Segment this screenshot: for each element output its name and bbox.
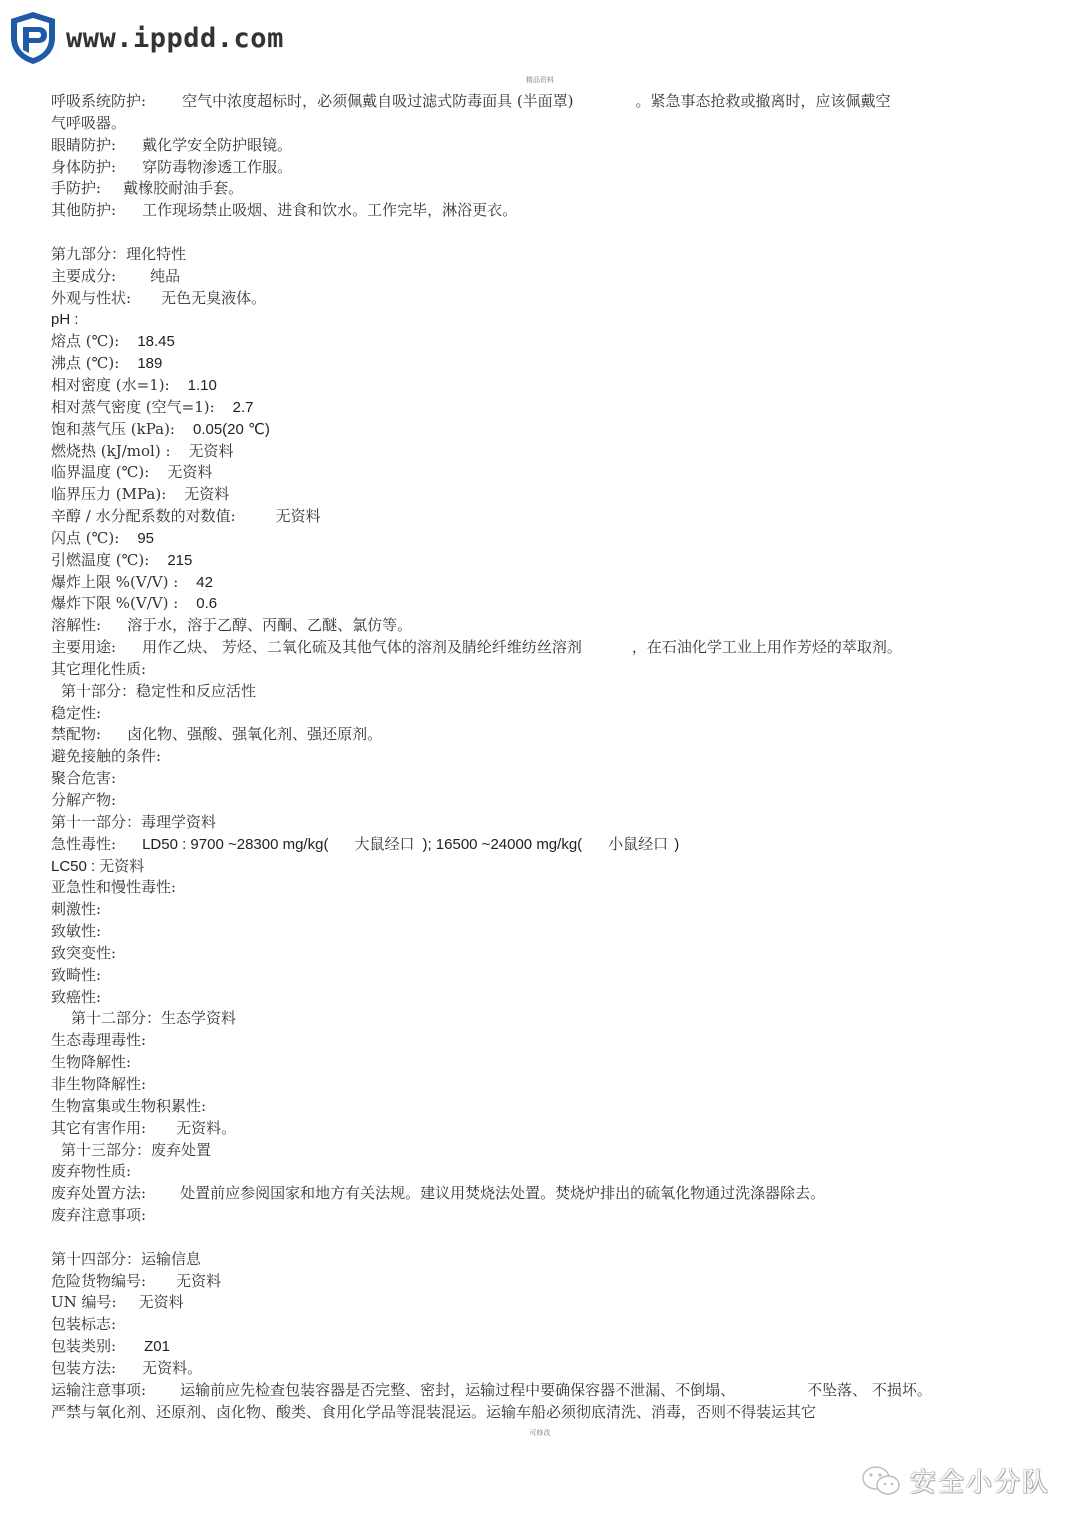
transport-row: 包装类别:Z01 [51, 1336, 1041, 1358]
property-row: 闪点 (℃):95 [51, 528, 1041, 550]
toxicity-row: 致突变性: [51, 943, 1041, 965]
property-row: 主要成分:纯品 [51, 266, 1041, 288]
protection-row-continued: 气呼吸器。 [51, 113, 1041, 135]
watermark: 安全小分队 [860, 1462, 1050, 1499]
property-row: 相对密度 (水=1):1.10 [51, 375, 1041, 397]
document-body: 呼吸系统防护:空气中浓度超标时，必须佩戴自吸过滤式防毒面具 (半面罩)。紧急事态… [51, 91, 1041, 1423]
toxicity-row: LC50 :无资料 [51, 856, 1041, 878]
stability-row: 聚合危害: [51, 768, 1041, 790]
stability-row: 分解产物: [51, 790, 1041, 812]
watermark-text: 安全小分队 [910, 1462, 1050, 1499]
disposal-row: 废弃处置方法:处置前应参阅国家和地方有关法规。建议用焚烧法处置。焚烧炉排出的硫氧… [51, 1183, 1041, 1205]
property-row: 熔点 (℃):18.45 [51, 331, 1041, 353]
property-row: 相对蒸气密度 (空气=1):2.7 [51, 397, 1041, 419]
property-row: 溶解性:溶于水，溶于乙醇、丙酮、乙醚、氯仿等。 [51, 615, 1041, 637]
protection-row-respiratory: 呼吸系统防护:空气中浓度超标时，必须佩戴自吸过滤式防毒面具 (半面罩)。紧急事态… [51, 91, 1041, 113]
protection-row-eye: 眼睛防护:戴化学安全防护眼镜。 [51, 135, 1041, 157]
site-url[interactable]: www.ippdd.com [66, 23, 284, 54]
stability-row: 避免接触的条件: [51, 746, 1041, 768]
section-11-title: 第十一部分：毒理学资料 [51, 812, 1041, 834]
shield-logo-icon [8, 10, 58, 66]
protection-row-hand: 手防护:戴橡胶耐油手套。 [51, 178, 1041, 200]
transport-row: 包装标志: [51, 1314, 1041, 1336]
toxicity-row: 致畸性: [51, 965, 1041, 987]
property-row: 其它理化性质: [51, 659, 1041, 681]
toxicity-row: 亚急性和慢性毒性: [51, 877, 1041, 899]
transport-row: 包装方法:无资料。 [51, 1358, 1041, 1380]
protection-row-other: 其他防护:工作现场禁止吸烟、进食和饮水。工作完毕，淋浴更衣。 [51, 200, 1041, 222]
property-row: 临界压力 (MPa):无资料 [51, 484, 1041, 506]
site-logo[interactable]: www.ippdd.com [8, 10, 284, 66]
section-13-title: 第十三部分：废弃处置 [51, 1140, 1041, 1162]
section-12-title: 第十二部分：生态学资料 [51, 1008, 1041, 1030]
property-row: 主要用途:用作乙炔、 芳烃、二氧化硫及其他气体的溶剂及腈纶纤维纺丝溶剂，在石油化… [51, 637, 1041, 659]
transport-row: 危险货物编号:无资料 [51, 1271, 1041, 1293]
disposal-row: 废弃物性质: [51, 1161, 1041, 1183]
stability-row: 禁配物:卤化物、强酸、强氧化剂、强还原剂。 [51, 724, 1041, 746]
ecology-row: 生物降解性: [51, 1052, 1041, 1074]
property-row: pH : [51, 309, 1041, 331]
property-row: 爆炸下限 %(V/V) :0.6 [51, 593, 1041, 615]
section-10-title: 第十部分：稳定性和反应活性 [51, 681, 1041, 703]
toxicity-row: 致癌性: [51, 987, 1041, 1009]
ecology-row: 非生物降解性: [51, 1074, 1041, 1096]
wechat-icon [860, 1464, 904, 1498]
property-row: 爆炸上限 %(V/V) :42 [51, 572, 1041, 594]
acute-toxicity-row: 急性毒性:LD50 : 9700 ~28300 mg/kg(大鼠经口); 165… [51, 834, 1041, 856]
footer-note: 可修改 [0, 1428, 1080, 1438]
stability-row: 稳定性: [51, 703, 1041, 725]
ecology-row: 生态毒理毒性: [51, 1030, 1041, 1052]
protection-row-body: 身体防护:穿防毒物渗透工作服。 [51, 157, 1041, 179]
ecology-row: 生物富集或生物积累性: [51, 1096, 1041, 1118]
property-row: 外观与性状:无色无臭液体。 [51, 288, 1041, 310]
property-row: 沸点 (℃):189 [51, 353, 1041, 375]
transport-row: 运输注意事项:运输前应先检查包装容器是否完整、密封，运输过程中要确保容器不泄漏、… [51, 1380, 1041, 1402]
property-row: 辛醇 / 水分配系数的对数值:无资料 [51, 506, 1041, 528]
header-note: 精品资料 [0, 75, 1080, 85]
transport-row: UN 编号:无资料 [51, 1292, 1041, 1314]
ecology-row: 其它有害作用:无资料。 [51, 1118, 1041, 1140]
section-14-title: 第十四部分：运输信息 [51, 1249, 1041, 1271]
property-row: 临界温度 (℃):无资料 [51, 462, 1041, 484]
property-row: 燃烧热 (kJ/mol) :无资料 [51, 441, 1041, 463]
property-row: 饱和蒸气压 (kPa):0.05(20 ℃) [51, 419, 1041, 441]
transport-row: 严禁与氧化剂、还原剂、卤化物、酸类、食用化学品等混装混运。运输车船必须彻底清洗、… [51, 1402, 1041, 1424]
disposal-row: 废弃注意事项: [51, 1205, 1041, 1227]
property-row: 引燃温度 (℃):215 [51, 550, 1041, 572]
toxicity-row: 刺激性: [51, 899, 1041, 921]
toxicity-row: 致敏性: [51, 921, 1041, 943]
section-9-title: 第九部分：理化特性 [51, 244, 1041, 266]
